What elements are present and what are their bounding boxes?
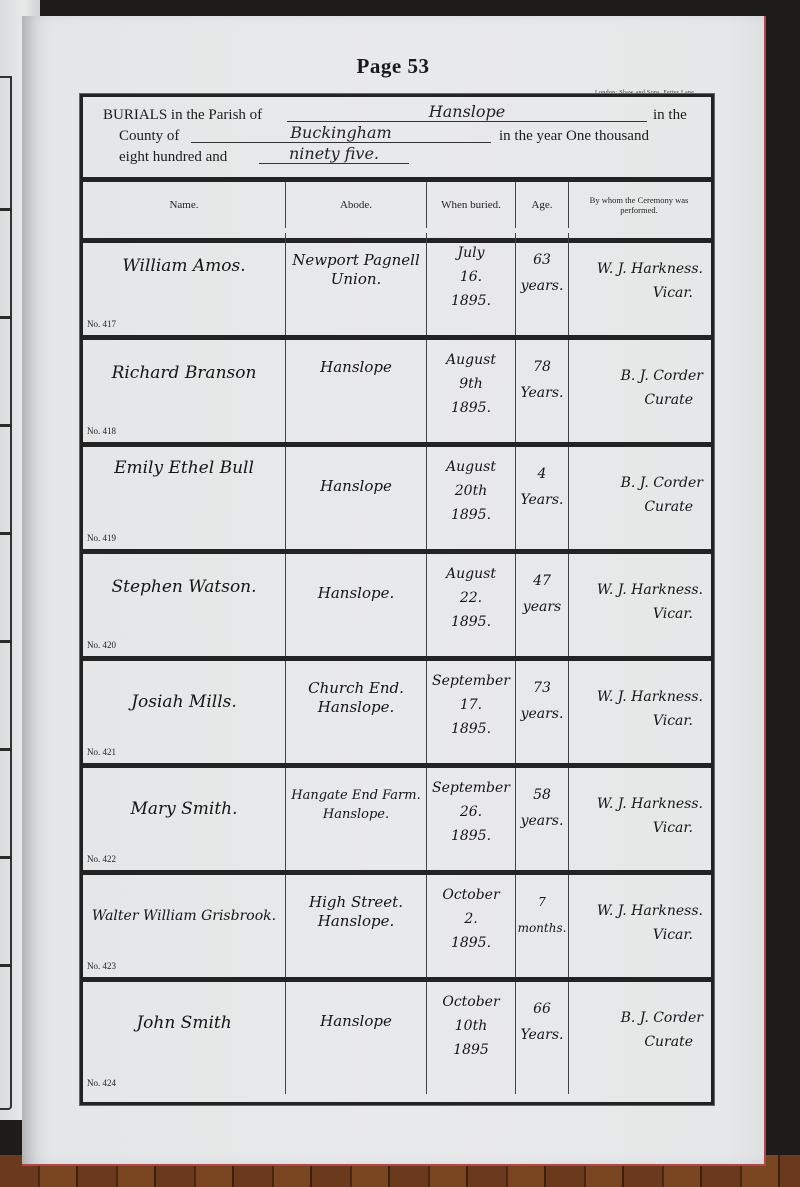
age-value: 66 Years. xyxy=(516,996,568,1048)
county-value: Buckingham xyxy=(191,124,491,143)
when-buried-cell: August 9th 1895. xyxy=(427,340,515,442)
officiant-role: Curate xyxy=(569,495,703,519)
age-unit: years. xyxy=(516,273,568,299)
abode-cell: Hanslope xyxy=(286,447,426,549)
burial-year: 1895. xyxy=(427,931,515,955)
burial-day: 20th xyxy=(427,479,515,503)
age-cell: 78 Years. xyxy=(516,340,568,442)
officiant-role: Vicar. xyxy=(569,709,703,733)
register-entry: William Amos. No. 417 Newport Pagnell Un… xyxy=(83,233,711,340)
abode-cell: Hanslope xyxy=(286,340,426,442)
officiant-role: Vicar. xyxy=(569,923,703,947)
when-buried-cell: October 10th 1895 xyxy=(427,982,515,1094)
age-value: 58 years. xyxy=(516,782,568,834)
age-number: 47 xyxy=(516,568,568,594)
age-value: 7 months. xyxy=(516,889,568,941)
burial-month: October xyxy=(427,990,515,1014)
age-value: 4 Years. xyxy=(516,461,568,513)
officiant-role: Curate xyxy=(569,1030,703,1054)
burial-day: 2. xyxy=(427,907,515,931)
burial-date: August 9th 1895. xyxy=(427,348,515,420)
eight-hundred-label: eight hundred and xyxy=(119,149,227,166)
burial-year: 1895. xyxy=(427,289,515,313)
in-the-label: in the xyxy=(653,107,687,124)
officiant-cell: W. J. Harkness. Vicar. xyxy=(569,768,709,870)
age-unit: Years. xyxy=(516,487,568,513)
burial-month: August xyxy=(427,348,515,372)
burial-date: September 26. 1895. xyxy=(427,776,515,848)
when-buried-cell: August 20th 1895. xyxy=(427,447,515,549)
age-value: 78 Years. xyxy=(516,354,568,406)
when-buried-cell: July 16. 1895. xyxy=(427,233,515,335)
column-header-age: Age. xyxy=(516,182,568,228)
when-buried-cell: October 2. 1895. xyxy=(427,875,515,977)
burial-year: 1895. xyxy=(427,396,515,420)
officiant-role: Vicar. xyxy=(569,281,703,305)
age-cell: 4 Years. xyxy=(516,447,568,549)
burial-month: August xyxy=(427,562,515,586)
facing-page-rule xyxy=(0,856,12,859)
abode-value: Hanslope xyxy=(286,477,426,496)
column-header-when-buried: When buried. xyxy=(427,182,515,228)
burial-day: 26. xyxy=(427,800,515,824)
burial-date: August 22. 1895. xyxy=(427,562,515,634)
officiant: B. J. Corder Curate xyxy=(569,364,709,412)
abode-cell: Hanslope. xyxy=(286,554,426,656)
officiant-name: B. J. Corder xyxy=(621,1010,703,1026)
name-cell: Stephen Watson. No. 420 xyxy=(83,554,285,656)
age-number: 73 xyxy=(516,675,568,701)
abode-value: Newport Pagnell Union. xyxy=(286,251,426,289)
age-cell: 58 years. xyxy=(516,768,568,870)
officiant: W. J. Harkness. Vicar. xyxy=(569,257,709,305)
register-entry: Richard Branson No. 418 Hanslope August … xyxy=(83,340,711,447)
burial-day: 9th xyxy=(427,372,515,396)
when-buried-cell: September 26. 1895. xyxy=(427,768,515,870)
officiant-cell: B. J. Corder Curate xyxy=(569,447,709,549)
burial-month: July xyxy=(427,241,515,265)
burial-day: 16. xyxy=(427,265,515,289)
county-label: County of xyxy=(119,128,179,145)
register-entry: Emily Ethel Bull No. 419 Hanslope August… xyxy=(83,447,711,554)
deceased-name: Josiah Mills. xyxy=(83,691,285,714)
burial-date: September 17. 1895. xyxy=(427,669,515,741)
facing-page-rule xyxy=(0,208,12,211)
officiant-name: W. J. Harkness. xyxy=(597,796,703,812)
entry-number: No. 418 xyxy=(87,426,116,436)
facing-page-rule xyxy=(0,964,12,967)
officiant: W. J. Harkness. Vicar. xyxy=(569,792,709,840)
name-cell: William Amos. No. 417 xyxy=(83,233,285,335)
page-title: Page 53 xyxy=(22,54,764,79)
name-cell: Walter William Grisbrook. No. 423 xyxy=(83,875,285,977)
officiant: W. J. Harkness. Vicar. xyxy=(569,578,709,626)
officiant-name: B. J. Corder xyxy=(621,368,703,384)
abode-value: Church End. Hanslope. xyxy=(286,679,426,717)
age-number: 4 xyxy=(516,461,568,487)
abode-value: Hangate End Farm. Hanslope. xyxy=(286,786,426,824)
register-entry: Josiah Mills. No. 421 Church End. Hanslo… xyxy=(83,661,711,768)
register-entry: Stephen Watson. No. 420 Hanslope. August… xyxy=(83,554,711,661)
officiant-name: W. J. Harkness. xyxy=(597,903,703,919)
deceased-name: William Amos. xyxy=(83,255,285,278)
age-cell: 66 Years. xyxy=(516,982,568,1094)
deceased-name: Walter William Grisbrook. xyxy=(83,905,285,928)
burial-year: 1895. xyxy=(427,824,515,848)
facing-page-rule xyxy=(0,316,12,319)
age-value: 47 years xyxy=(516,568,568,620)
name-cell: Emily Ethel Bull No. 419 xyxy=(83,447,285,549)
when-buried-cell: September 17. 1895. xyxy=(427,661,515,763)
officiant-role: Vicar. xyxy=(569,602,703,626)
register-entry: Walter William Grisbrook. No. 423 High S… xyxy=(83,875,711,982)
entry-number: No. 417 xyxy=(87,319,116,329)
burial-month: October xyxy=(427,883,515,907)
age-unit: years. xyxy=(516,808,568,834)
facing-page-rule xyxy=(0,424,12,427)
abode-cell: Hangate End Farm. Hanslope. xyxy=(286,768,426,870)
age-cell: 7 months. xyxy=(516,875,568,977)
burial-month: August xyxy=(427,455,515,479)
column-divider xyxy=(568,182,569,228)
officiant-name: W. J. Harkness. xyxy=(597,689,703,705)
name-cell: Richard Branson No. 418 xyxy=(83,340,285,442)
officiant-name: W. J. Harkness. xyxy=(597,261,703,277)
entry-number: No. 421 xyxy=(87,747,116,757)
name-cell: Josiah Mills. No. 421 xyxy=(83,661,285,763)
register-entry: John Smith No. 424 Hanslope October 10th… xyxy=(83,982,711,1094)
burial-year: 1895. xyxy=(427,503,515,527)
name-cell: John Smith No. 424 xyxy=(83,982,285,1094)
age-number: 63 xyxy=(516,247,568,273)
officiant-cell: B. J. Corder Curate xyxy=(569,982,709,1094)
abode-value: Hanslope. xyxy=(286,584,426,603)
year-label: in the year One thousand xyxy=(499,128,649,145)
officiant: W. J. Harkness. Vicar. xyxy=(569,685,709,733)
age-unit: months. xyxy=(516,915,568,941)
burial-date: October 10th 1895 xyxy=(427,990,515,1062)
officiant-role: Curate xyxy=(569,388,703,412)
parish-value: Hanslope xyxy=(287,103,647,122)
age-unit: Years. xyxy=(516,1022,568,1048)
burial-month: September xyxy=(427,776,515,800)
age-value: 63 years. xyxy=(516,247,568,299)
officiant: W. J. Harkness. Vicar. xyxy=(569,899,709,947)
burial-year: 1895. xyxy=(427,610,515,634)
deceased-name: Emily Ethel Bull xyxy=(83,457,285,480)
officiant-cell: W. J. Harkness. Vicar. xyxy=(569,554,709,656)
officiant-name: W. J. Harkness. xyxy=(597,582,703,598)
officiant-cell: W. J. Harkness. Vicar. xyxy=(569,661,709,763)
age-number: 7 xyxy=(516,889,568,915)
burial-day: 22. xyxy=(427,586,515,610)
burial-year: 1895. xyxy=(427,717,515,741)
abode-cell: Hanslope xyxy=(286,982,426,1094)
officiant-cell: W. J. Harkness. Vicar. xyxy=(569,875,709,977)
abode-cell: High Street. Hanslope. xyxy=(286,875,426,977)
column-header-name: Name. xyxy=(83,182,285,228)
column-header-abode: Abode. xyxy=(286,182,426,228)
age-unit: Years. xyxy=(516,380,568,406)
when-buried-cell: August 22. 1895. xyxy=(427,554,515,656)
officiant-name: B. J. Corder xyxy=(621,475,703,491)
age-value: 73 years. xyxy=(516,675,568,727)
register-page: Page 53 London: Shaw and Sons, Fetter La… xyxy=(22,16,766,1166)
burial-year: 1895 xyxy=(427,1038,515,1062)
facing-page-rule xyxy=(0,748,12,751)
age-cell: 73 years. xyxy=(516,661,568,763)
name-cell: Mary Smith. No. 422 xyxy=(83,768,285,870)
entry-number: No. 424 xyxy=(87,1078,116,1088)
abode-value: High Street. Hanslope. xyxy=(286,893,426,931)
register-entry: Mary Smith. No. 422 Hangate End Farm. Ha… xyxy=(83,768,711,875)
facing-page-rule xyxy=(0,640,12,643)
deceased-name: John Smith xyxy=(83,1012,285,1035)
burials-label: BURIALS in the Parish of xyxy=(103,107,262,124)
entry-number: No. 420 xyxy=(87,640,116,650)
entry-number: No. 422 xyxy=(87,854,116,864)
deceased-name: Mary Smith. xyxy=(83,798,285,821)
abode-cell: Newport Pagnell Union. xyxy=(286,233,426,335)
age-number: 78 xyxy=(516,354,568,380)
entry-number: No. 419 xyxy=(87,533,116,543)
burial-date: July 16. 1895. xyxy=(427,241,515,313)
year-words-value: ninety five. xyxy=(259,145,409,164)
burial-month: September xyxy=(427,669,515,693)
facing-page-frame xyxy=(0,76,12,1110)
deceased-name: Stephen Watson. xyxy=(83,576,285,599)
facing-page-rule xyxy=(0,532,12,535)
age-cell: 63 years. xyxy=(516,233,568,335)
burial-date: October 2. 1895. xyxy=(427,883,515,955)
age-unit: years xyxy=(516,594,568,620)
abode-value: Hanslope xyxy=(286,1012,426,1031)
column-header-by-whom: By whom the Ceremony was performed. xyxy=(573,182,705,228)
officiant-cell: B. J. Corder Curate xyxy=(569,340,709,442)
burial-register-table: BURIALS in the Parish of Hanslope in the… xyxy=(80,94,714,1105)
age-number: 66 xyxy=(516,996,568,1022)
burial-day: 17. xyxy=(427,693,515,717)
officiant-cell: W. J. Harkness. Vicar. xyxy=(569,233,709,335)
abode-cell: Church End. Hanslope. xyxy=(286,661,426,763)
burial-date: August 20th 1895. xyxy=(427,455,515,527)
burial-day: 10th xyxy=(427,1014,515,1038)
officiant-role: Vicar. xyxy=(569,816,703,840)
abode-value: Hanslope xyxy=(286,358,426,377)
register-entries: William Amos. No. 417 Newport Pagnell Un… xyxy=(83,233,711,1102)
age-cell: 47 years xyxy=(516,554,568,656)
officiant: B. J. Corder Curate xyxy=(569,1006,709,1054)
age-number: 58 xyxy=(516,782,568,808)
deceased-name: Richard Branson xyxy=(83,362,285,385)
officiant: B. J. Corder Curate xyxy=(569,471,709,519)
entry-number: No. 423 xyxy=(87,961,116,971)
age-unit: years. xyxy=(516,701,568,727)
register-heading: BURIALS in the Parish of Hanslope in the… xyxy=(83,97,711,177)
